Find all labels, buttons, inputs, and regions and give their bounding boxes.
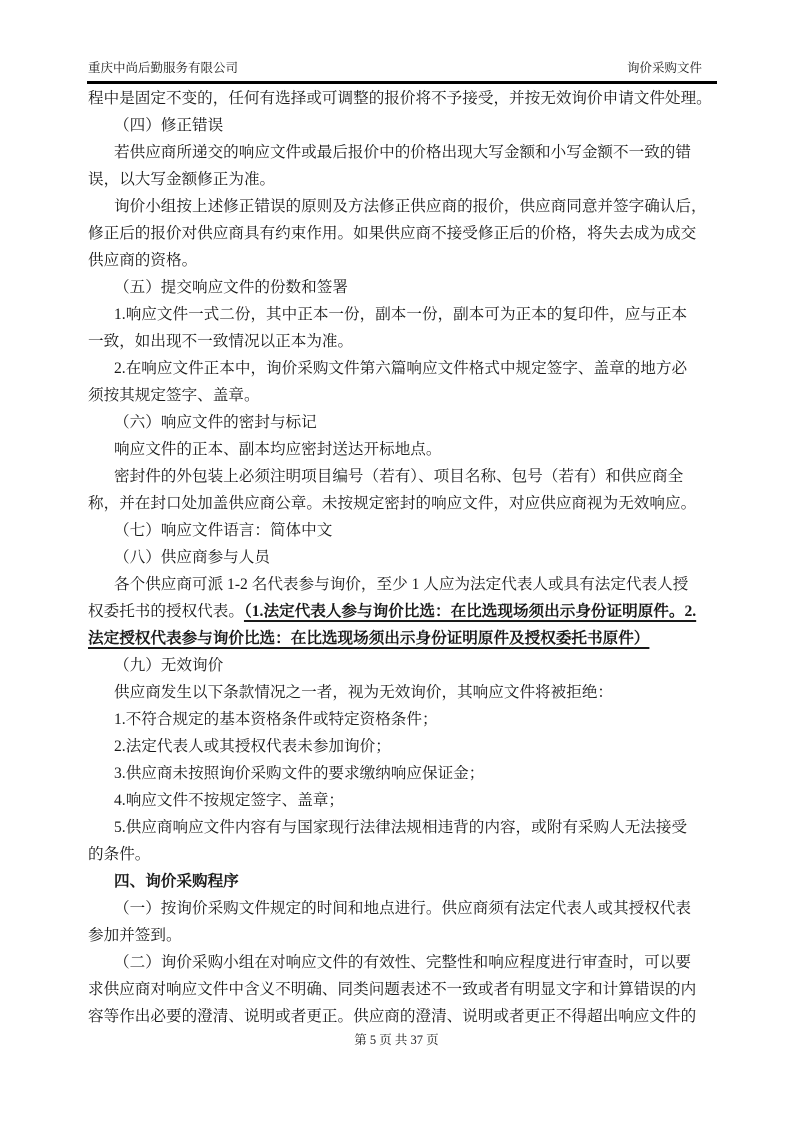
page-header: 重庆中尚后勤服务有限公司 询价采购文件 xyxy=(88,60,717,76)
text-line: 一致，如出现不一致情况以正本为准。 xyxy=(88,328,717,355)
text-line: 4.响应文件不按规定签字、盖章； xyxy=(88,787,717,814)
text-line: 3.供应商未按照询价采购文件的要求缴纳响应保证金； xyxy=(88,760,717,787)
text-segment: 须按其规定签字、盖章。 xyxy=(88,387,260,404)
text-line: 各个供应商可派 1-2 名代表参与询价，至少 1 人应为法定代表人或具有法定代表… xyxy=(88,571,717,598)
text-line: 称，并在封口处加盖供应商公章。未按规定密封的响应文件，对应供应商视为无效响应。 xyxy=(88,490,717,517)
text-segment: 供应商的资格。 xyxy=(88,252,197,269)
text-segment: 1.不符合规定的基本资格条件或特定资格条件； xyxy=(114,711,438,728)
text-line: （七）响应文件语言：简体中文 xyxy=(88,517,717,544)
text-line: 1.响应文件一式二份，其中正本一份，副本一份，副本可为正本的复印件，应与正本 xyxy=(88,301,717,328)
text-line: （九）无效询价 xyxy=(88,652,717,679)
text-line: 供应商发生以下条款情况之一者，视为无效询价，其响应文件将被拒绝： xyxy=(88,679,717,706)
text-line: 5.供应商响应文件内容有与国家现行法律法规相违背的内容，或附有采购人无法接受 xyxy=(88,814,717,841)
text-line: 若供应商所递交的响应文件或最后报价中的价格出现大写金额和小写金额不一致的错 xyxy=(88,139,717,166)
text-line: 1.不符合规定的基本资格条件或特定资格条件； xyxy=(88,706,717,733)
text-line: 误，以大写金额修正为准。 xyxy=(88,166,717,193)
text-segment: 参加并签到。 xyxy=(88,927,182,944)
text-line: 四、询价采购程序 xyxy=(88,868,717,895)
text-line: （四）修正错误 xyxy=(88,112,717,139)
text-line: 容等作出必要的澄清、说明或者更正。供应商的澄清、说明或者更正不得超出响应文件的 xyxy=(88,1003,717,1030)
text-segment: 修正后的报价对供应商具有约束作用。如果供应商不接受修正后的价格，将失去成为成交 xyxy=(88,225,696,242)
text-segment: 权委托书的授权代表。 xyxy=(88,603,244,620)
text-segment: 2.在响应文件正本中，询价采购文件第六篇响应文件格式中规定签字、盖章的地方必 xyxy=(114,360,687,377)
text-segment: 一致，如出现不一致情况以正本为准。 xyxy=(88,333,353,350)
text-segment: 求供应商对响应文件中含义不明确、同类问题表述不一致或者有明显文字和计算错误的内 xyxy=(88,981,696,998)
text-line: 询价小组按上述修正错误的原则及方法修正供应商的报价，供应商同意并签字确认后， xyxy=(88,193,717,220)
text-segment: （一）按询价采购文件规定的时间和地点进行。供应商须有法定代表人或其授权代表 xyxy=(114,900,691,917)
text-segment: 称，并在封口处加盖供应商公章。未按规定密封的响应文件，对应供应商视为无效响应。 xyxy=(88,495,696,512)
text-line: （二）询价采购小组在对响应文件的有效性、完整性和响应程度进行审查时，可以要 xyxy=(88,949,717,976)
header-doc-type: 询价采购文件 xyxy=(627,60,717,76)
text-line: 的条件。 xyxy=(88,841,717,868)
text-segment: 响应文件的正本、副本均应密封送达开标地点。 xyxy=(114,441,441,458)
text-segment: （二）询价采购小组在对响应文件的有效性、完整性和响应程度进行审查时，可以要 xyxy=(114,954,691,971)
text-line: 求供应商对响应文件中含义不明确、同类问题表述不一致或者有明显文字和计算错误的内 xyxy=(88,976,717,1003)
text-segment: 2.法定代表人或其授权代表未参加询价； xyxy=(114,738,391,755)
text-line: 法定授权代表参与询价比选：在比选现场须出示身份证明原件及授权委托书原件） xyxy=(88,625,717,652)
text-segment: （八）供应商参与人员 xyxy=(114,549,270,566)
text-line: 参加并签到。 xyxy=(88,922,717,949)
text-line: （一）按询价采购文件规定的时间和地点进行。供应商须有法定代表人或其授权代表 xyxy=(88,895,717,922)
text-segment: 若供应商所递交的响应文件或最后报价中的价格出现大写金额和小写金额不一致的错 xyxy=(114,144,691,161)
page-number: 第 5 页 共 37 页 xyxy=(0,1031,793,1049)
emphasized-text-segment: （1.法定代表人参与询价比选：在比选现场须出示身份证明原件。2. xyxy=(244,603,696,620)
text-segment: 3.供应商未按照询价采购文件的要求缴纳响应保证金； xyxy=(114,765,484,782)
text-segment: （六）响应文件的密封与标记 xyxy=(114,414,317,431)
text-segment: 程中是固定不变的，任何有选择或可调整的报价将不予接受，并按无效询价申请文件处理。 xyxy=(88,90,712,107)
text-line: 供应商的资格。 xyxy=(88,247,717,274)
text-line: 响应文件的正本、副本均应密封送达开标地点。 xyxy=(88,436,717,463)
emphasized-text-segment: 法定授权代表参与询价比选：在比选现场须出示身份证明原件及授权委托书原件） xyxy=(88,630,649,647)
text-line: 须按其规定签字、盖章。 xyxy=(88,382,717,409)
text-segment: 容等作出必要的澄清、说明或者更正。供应商的澄清、说明或者更正不得超出响应文件的 xyxy=(88,1008,696,1025)
text-segment: （四）修正错误 xyxy=(114,117,223,134)
text-segment: 供应商发生以下条款情况之一者，视为无效询价，其响应文件将被拒绝： xyxy=(114,684,613,701)
text-line: 权委托书的授权代表。（1.法定代表人参与询价比选：在比选现场须出示身份证明原件。… xyxy=(88,598,717,625)
document-body: 程中是固定不变的，任何有选择或可调整的报价将不予接受，并按无效询价申请文件处理。… xyxy=(88,85,717,1030)
text-segment: 各个供应商可派 1-2 名代表参与询价，至少 1 人应为法定代表人或具有法定代表… xyxy=(114,576,688,593)
text-segment: （五）提交响应文件的份数和签署 xyxy=(114,279,348,296)
text-line: 密封件的外包装上必须注明项目编号（若有）、项目名称、包号（若有）和供应商全 xyxy=(88,463,717,490)
header-company-name: 重庆中尚后勤服务有限公司 xyxy=(88,60,238,76)
text-segment: 误，以大写金额修正为准。 xyxy=(88,171,275,188)
text-line: （五）提交响应文件的份数和签署 xyxy=(88,274,717,301)
text-line: 2.法定代表人或其授权代表未参加询价； xyxy=(88,733,717,760)
text-segment: （七）响应文件语言：简体中文 xyxy=(114,522,332,539)
text-line: 2.在响应文件正本中，询价采购文件第六篇响应文件格式中规定签字、盖章的地方必 xyxy=(88,355,717,382)
text-segment: 四、询价采购程序 xyxy=(114,873,239,890)
text-segment: 5.供应商响应文件内容有与国家现行法律法规相违背的内容，或附有采购人无法接受 xyxy=(114,819,687,836)
text-line: 程中是固定不变的，任何有选择或可调整的报价将不予接受，并按无效询价申请文件处理。 xyxy=(88,85,717,112)
text-segment: 密封件的外包装上必须注明项目编号（若有）、项目名称、包号（若有）和供应商全 xyxy=(114,468,683,485)
text-segment: 的条件。 xyxy=(88,846,150,863)
text-segment: 询价小组按上述修正错误的原则及方法修正供应商的报价，供应商同意并签字确认后， xyxy=(114,198,707,215)
header-rule xyxy=(87,81,717,84)
text-segment: （九）无效询价 xyxy=(114,657,223,674)
document-page: 重庆中尚后勤服务有限公司 询价采购文件 程中是固定不变的，任何有选择或可调整的报… xyxy=(0,0,793,1122)
text-segment: 1.响应文件一式二份，其中正本一份，副本一份，副本可为正本的复印件，应与正本 xyxy=(114,306,687,323)
text-line: （六）响应文件的密封与标记 xyxy=(88,409,717,436)
text-line: 修正后的报价对供应商具有约束作用。如果供应商不接受修正后的价格，将失去成为成交 xyxy=(88,220,717,247)
text-line: （八）供应商参与人员 xyxy=(88,544,717,571)
text-segment: 4.响应文件不按规定签字、盖章； xyxy=(114,792,344,809)
